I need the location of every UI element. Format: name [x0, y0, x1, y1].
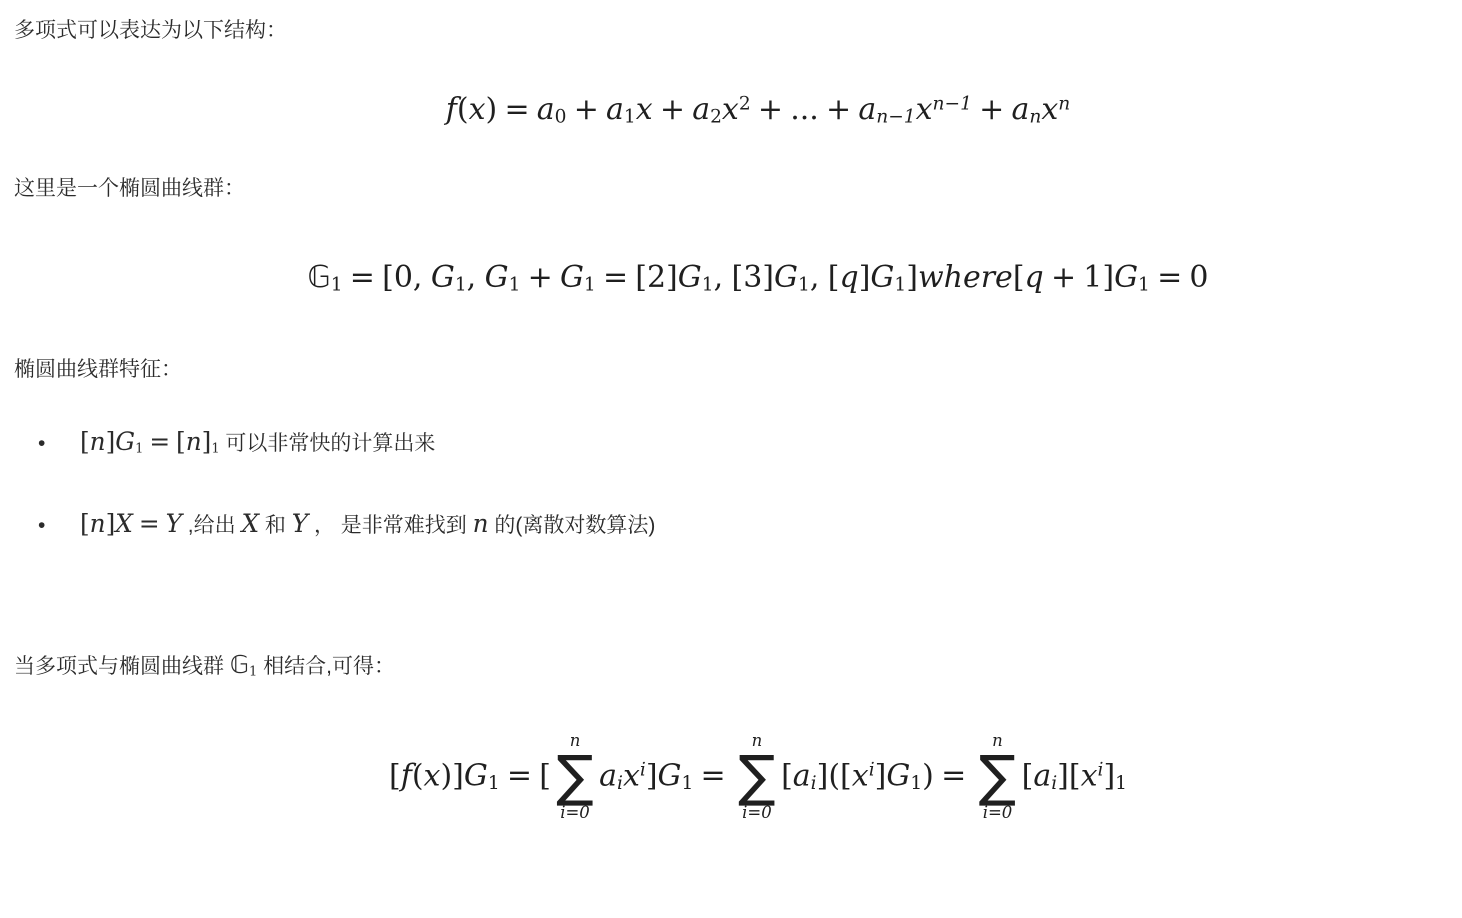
math-token: 和 — [259, 514, 292, 537]
math-token: where — [918, 260, 1013, 295]
math-token: x — [852, 758, 869, 793]
math-token: G — [431, 260, 455, 295]
math-token: q — [839, 260, 858, 295]
math-token: 1 — [682, 773, 694, 794]
bullet-icon: • — [14, 506, 80, 545]
math-token: n — [1029, 107, 1041, 128]
math-token: [ — [539, 758, 551, 793]
math-token: X — [115, 509, 133, 538]
math-token: G — [678, 260, 702, 295]
paragraph-group-features-heading: 椭圆曲线群特征： — [14, 356, 1442, 384]
math-token: )] — [440, 758, 463, 793]
math-token: [ — [840, 758, 852, 793]
math-token: ] — [906, 260, 918, 295]
math-token: n — [90, 427, 106, 456]
math-token: X — [241, 509, 259, 538]
math-token: 1 — [135, 441, 143, 456]
math-token: ... — [790, 92, 819, 127]
math-token: n — [90, 509, 106, 538]
math-token: 1 — [1138, 275, 1150, 296]
paragraph-combination-intro: 当多项式与椭圆曲线群 𝔾1 相结合,可得： — [14, 651, 1442, 687]
math-token: [3] — [732, 260, 775, 295]
math-token: = — [603, 260, 628, 295]
math-token: 0 — [555, 107, 567, 128]
list-item: • [n]X=Y ,给出 X 和 Y ， 是非常难找到 n 的(离散对数算法) — [14, 504, 1442, 545]
math-token: 1 — [584, 275, 596, 296]
math-token: x — [722, 92, 739, 127]
math-token: a — [537, 92, 555, 127]
summation-symbol: n∑i=0 — [556, 732, 593, 823]
math-token: = — [139, 509, 160, 538]
math-token: a — [793, 758, 811, 793]
math-token: [ — [1022, 758, 1034, 793]
math-token: Y — [166, 509, 182, 538]
math-token: + — [758, 92, 783, 127]
math-token: 2 — [710, 107, 722, 128]
math-token: 可以非常快的计算出来 — [220, 432, 436, 455]
paragraph-curve-group-intro: 这里是一个椭圆曲线群： — [14, 175, 1442, 203]
math-token: G — [658, 758, 682, 793]
math-token: = — [941, 758, 966, 793]
math-token: 1 — [1115, 773, 1127, 794]
math-token: 1 — [894, 275, 906, 296]
math-token: 1] — [1083, 260, 1114, 295]
math-token: = — [507, 758, 532, 793]
math-token: 1 — [488, 773, 500, 794]
math-token: , — [467, 260, 477, 295]
math-token: [ — [176, 427, 186, 456]
math-token: 1 — [624, 107, 636, 128]
math-token: a — [692, 92, 710, 127]
math-token: G — [560, 260, 584, 295]
math-token: G — [464, 758, 488, 793]
math-token: 1 — [910, 773, 922, 794]
math-token: a — [606, 92, 624, 127]
math-token: f — [446, 92, 457, 127]
formula-elliptic-curve-group: 𝔾1=[0,G1,G1+G1=[2]G1,[3]G1,[q]G1]where[q… — [14, 258, 1442, 298]
math-token: 1 — [509, 275, 521, 296]
math-token: 1 — [798, 275, 810, 296]
math-token: , — [714, 260, 724, 295]
math-token: [ — [80, 509, 90, 538]
bullet-icon: • — [14, 424, 80, 463]
math-token: f — [401, 758, 412, 793]
math-token: + — [1051, 260, 1076, 295]
math-token: 的(离散对数算法) — [489, 514, 656, 537]
math-token: + — [826, 92, 851, 127]
list-item-text: [n]G1=[n]1 可以非常快的计算出来 — [80, 422, 1442, 469]
math-token: ] — [875, 758, 887, 793]
document-page: { "page": { "background": "#ffffff", "te… — [0, 0, 1462, 918]
math-token: ( — [412, 758, 424, 793]
math-token: ] — [106, 427, 116, 456]
math-token: + — [528, 260, 553, 295]
summation-symbol: n∑i=0 — [738, 732, 775, 823]
math-token: a — [1011, 92, 1029, 127]
math-token: x — [1081, 758, 1098, 793]
list-item-text: [n]X=Y ,给出 X 和 Y ， 是非常难找到 n 的(离散对数算法) — [80, 504, 1442, 545]
math-token: 当多项式与椭圆曲线群 — [14, 655, 230, 678]
summation-symbol: n∑i=0 — [979, 732, 1016, 823]
math-token: G — [485, 260, 509, 295]
math-token: x — [623, 758, 640, 793]
math-token: + — [574, 92, 599, 127]
math-token: x — [916, 92, 933, 127]
math-token: 1 — [455, 275, 467, 296]
math-token: a — [858, 92, 876, 127]
math-token: = — [149, 427, 170, 456]
math-token: [ — [389, 758, 401, 793]
math-token: ( — [457, 92, 469, 127]
math-token: G — [774, 260, 798, 295]
math-token: G — [1114, 260, 1138, 295]
math-token: x — [636, 92, 653, 127]
math-token: = — [1157, 260, 1182, 295]
math-token: [0 — [382, 260, 413, 295]
math-token: [2] — [635, 260, 678, 295]
math-token: ] — [106, 509, 116, 538]
math-token: G — [115, 427, 135, 456]
math-token: 𝔾 — [308, 260, 331, 295]
math-token: ][ — [1057, 758, 1080, 793]
math-token: ) — [922, 758, 934, 793]
math-token: ] — [859, 260, 871, 295]
math-token: + — [979, 92, 1004, 127]
math-token: n — [186, 427, 202, 456]
math-token: , — [413, 260, 423, 295]
math-token: a — [599, 758, 617, 793]
math-token: n — [1058, 93, 1070, 114]
math-token: = — [504, 92, 529, 127]
math-token: Y — [292, 509, 308, 538]
math-token: ,给出 — [182, 514, 242, 537]
feature-list: • [n]G1=[n]1 可以非常快的计算出来 • [n]X=Y ,给出 X 和… — [14, 422, 1442, 546]
math-token: 𝔾 — [230, 650, 249, 679]
math-token: 2 — [739, 93, 751, 114]
math-token: ]( — [817, 758, 840, 793]
math-token: ] — [646, 758, 658, 793]
math-token: ， 是非常难找到 — [308, 514, 473, 537]
math-token: n — [473, 509, 489, 538]
paragraph-polynomial-intro: 多项式可以表达为以下结构： — [14, 17, 1442, 45]
math-token: 1 — [211, 441, 219, 456]
math-token: x — [469, 92, 486, 127]
math-token: n−1 — [933, 93, 972, 114]
math-token: + — [660, 92, 685, 127]
math-token: ] — [1103, 758, 1115, 793]
math-token: 1 — [331, 275, 343, 296]
math-token: [ — [781, 758, 793, 793]
math-token: ) — [486, 92, 498, 127]
math-token: x — [1041, 92, 1058, 127]
math-token: ] — [202, 427, 212, 456]
math-token: G — [886, 758, 910, 793]
formula-polynomial: f(x)=a0+a1x+a2x2+...+an−1xn−1+anxn — [14, 90, 1442, 130]
math-token: = — [701, 758, 726, 793]
math-token: G — [870, 260, 894, 295]
math-token: [ — [1013, 260, 1025, 295]
formula-commitment-sum: [f(x)]G1=[n∑i=0aixi]G1=n∑i=0[ai]([xi]G1)… — [14, 732, 1442, 823]
math-token: 0 — [1189, 260, 1208, 295]
math-token: , — [810, 260, 820, 295]
list-item: • [n]G1=[n]1 可以非常快的计算出来 — [14, 422, 1442, 469]
math-token: 1 — [702, 275, 714, 296]
math-token: = — [350, 260, 375, 295]
math-token: [ — [828, 260, 840, 295]
math-token: a — [1033, 758, 1051, 793]
math-token: 相结合,可得： — [257, 655, 395, 678]
math-token: x — [424, 758, 441, 793]
math-token: [ — [80, 427, 90, 456]
math-token: q — [1025, 260, 1044, 295]
math-token: n−1 — [876, 107, 915, 128]
